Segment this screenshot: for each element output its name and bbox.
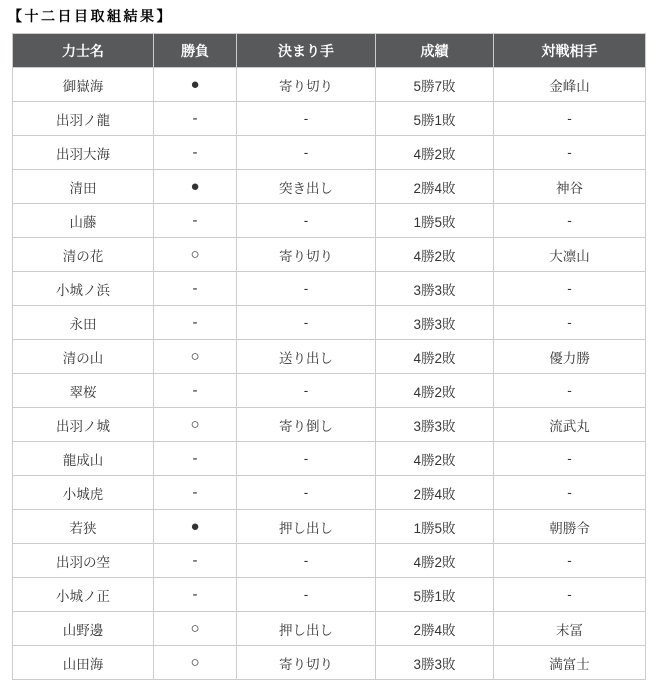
win-loss-cell: ○ — [154, 238, 237, 272]
record-cell: 5勝1敗 — [376, 102, 494, 136]
opponent-cell: 流武丸 — [494, 408, 646, 442]
table-row: 永田--3勝3敗- — [13, 306, 646, 340]
win-loss-cell: ● — [154, 170, 237, 204]
table-row: 小城ノ浜--3勝3敗- — [13, 272, 646, 306]
opponent-cell: 末冨 — [494, 612, 646, 646]
header-cell-opponent: 対戦相手 — [494, 34, 646, 68]
rikishi-name-cell: 御嶽海 — [13, 68, 154, 102]
record-cell: 3勝3敗 — [376, 306, 494, 340]
header-cell-rikishi-name: 力士名 — [13, 34, 154, 68]
record-cell: 4勝2敗 — [376, 374, 494, 408]
rikishi-name-cell: 清の花 — [13, 238, 154, 272]
header-row: 力士名勝負決まり手成績対戦相手 — [13, 34, 646, 68]
table-row: 出羽の空--4勝2敗- — [13, 544, 646, 578]
rikishi-name-cell: 出羽ノ龍 — [13, 102, 154, 136]
win-loss-cell: ○ — [154, 340, 237, 374]
table-row: 若狭●押し出し1勝5敗朝勝令 — [13, 510, 646, 544]
record-cell: 1勝5敗 — [376, 510, 494, 544]
win-loss-cell: - — [154, 442, 237, 476]
rikishi-name-cell: 小城虎 — [13, 476, 154, 510]
results-table: 力士名勝負決まり手成績対戦相手 御嶽海●寄り切り5勝7敗金峰山出羽ノ龍--5勝1… — [12, 33, 646, 680]
kimarite-cell: - — [237, 204, 376, 238]
opponent-cell: - — [494, 374, 646, 408]
kimarite-cell: - — [237, 136, 376, 170]
results-table-body: 御嶽海●寄り切り5勝7敗金峰山出羽ノ龍--5勝1敗-出羽大海--4勝2敗-清田●… — [13, 68, 646, 680]
table-row: 小城ノ正--5勝1敗- — [13, 578, 646, 612]
opponent-cell: - — [494, 102, 646, 136]
rikishi-name-cell: 山田海 — [13, 646, 154, 680]
page-title: 【十二日目取組結果】 — [8, 6, 645, 26]
win-loss-cell: ○ — [154, 612, 237, 646]
page: 【十二日目取組結果】 力士名勝負決まり手成績対戦相手 御嶽海●寄り切り5勝7敗金… — [0, 0, 657, 684]
kimarite-cell: - — [237, 272, 376, 306]
kimarite-cell: - — [237, 544, 376, 578]
rikishi-name-cell: 小城ノ正 — [13, 578, 154, 612]
header-cell-kimarite: 決まり手 — [237, 34, 376, 68]
kimarite-cell: - — [237, 102, 376, 136]
table-row: 山藤--1勝5敗- — [13, 204, 646, 238]
table-row: 清田●突き出し2勝4敗神谷 — [13, 170, 646, 204]
table-row: 出羽ノ城○寄り倒し3勝3敗流武丸 — [13, 408, 646, 442]
rikishi-name-cell: 出羽ノ城 — [13, 408, 154, 442]
opponent-cell: - — [494, 544, 646, 578]
kimarite-cell: - — [237, 306, 376, 340]
header-cell-record: 成績 — [376, 34, 494, 68]
win-loss-cell: ● — [154, 68, 237, 102]
record-cell: 4勝2敗 — [376, 544, 494, 578]
kimarite-cell: - — [237, 374, 376, 408]
kimarite-cell: 寄り切り — [237, 646, 376, 680]
header-cell-win-loss: 勝負 — [154, 34, 237, 68]
record-cell: 4勝2敗 — [376, 340, 494, 374]
kimarite-cell: 寄り切り — [237, 238, 376, 272]
record-cell: 1勝5敗 — [376, 204, 494, 238]
rikishi-name-cell: 出羽の空 — [13, 544, 154, 578]
opponent-cell: - — [494, 272, 646, 306]
opponent-cell: 金峰山 — [494, 68, 646, 102]
rikishi-name-cell: 永田 — [13, 306, 154, 340]
win-loss-cell: - — [154, 476, 237, 510]
rikishi-name-cell: 小城ノ浜 — [13, 272, 154, 306]
table-row: 小城虎--2勝4敗- — [13, 476, 646, 510]
rikishi-name-cell: 龍成山 — [13, 442, 154, 476]
table-row: 龍成山--4勝2敗- — [13, 442, 646, 476]
kimarite-cell: - — [237, 578, 376, 612]
kimarite-cell: 送り出し — [237, 340, 376, 374]
record-cell: 3勝3敗 — [376, 646, 494, 680]
rikishi-name-cell: 清の山 — [13, 340, 154, 374]
table-row: 山田海○寄り切り3勝3敗満富士 — [13, 646, 646, 680]
opponent-cell: - — [494, 204, 646, 238]
kimarite-cell: 寄り倒し — [237, 408, 376, 442]
table-row: 清の山○送り出し4勝2敗優力勝 — [13, 340, 646, 374]
record-cell: 4勝2敗 — [376, 442, 494, 476]
kimarite-cell: - — [237, 476, 376, 510]
record-cell: 5勝7敗 — [376, 68, 494, 102]
opponent-cell: 優力勝 — [494, 340, 646, 374]
rikishi-name-cell: 若狭 — [13, 510, 154, 544]
win-loss-cell: - — [154, 544, 237, 578]
record-cell: 4勝2敗 — [376, 136, 494, 170]
opponent-cell: - — [494, 578, 646, 612]
win-loss-cell: - — [154, 306, 237, 340]
record-cell: 3勝3敗 — [376, 272, 494, 306]
table-row: 出羽大海--4勝2敗- — [13, 136, 646, 170]
win-loss-cell: ○ — [154, 646, 237, 680]
opponent-cell: 朝勝令 — [494, 510, 646, 544]
rikishi-name-cell: 山藤 — [13, 204, 154, 238]
opponent-cell: 大凛山 — [494, 238, 646, 272]
win-loss-cell: - — [154, 272, 237, 306]
opponent-cell: - — [494, 136, 646, 170]
table-row: 清の花○寄り切り4勝2敗大凛山 — [13, 238, 646, 272]
opponent-cell: - — [494, 442, 646, 476]
win-loss-cell: ● — [154, 510, 237, 544]
opponent-cell: - — [494, 306, 646, 340]
kimarite-cell: - — [237, 442, 376, 476]
win-loss-cell: - — [154, 136, 237, 170]
kimarite-cell: 突き出し — [237, 170, 376, 204]
win-loss-cell: - — [154, 578, 237, 612]
table-row: 出羽ノ龍--5勝1敗- — [13, 102, 646, 136]
table-row: 御嶽海●寄り切り5勝7敗金峰山 — [13, 68, 646, 102]
kimarite-cell: 寄り切り — [237, 68, 376, 102]
record-cell: 3勝3敗 — [376, 408, 494, 442]
rikishi-name-cell: 清田 — [13, 170, 154, 204]
kimarite-cell: 押し出し — [237, 510, 376, 544]
rikishi-name-cell: 出羽大海 — [13, 136, 154, 170]
win-loss-cell: - — [154, 374, 237, 408]
record-cell: 5勝1敗 — [376, 578, 494, 612]
record-cell: 4勝2敗 — [376, 238, 494, 272]
win-loss-cell: - — [154, 102, 237, 136]
opponent-cell: - — [494, 476, 646, 510]
table-row: 翠桜--4勝2敗- — [13, 374, 646, 408]
rikishi-name-cell: 翠桜 — [13, 374, 154, 408]
kimarite-cell: 押し出し — [237, 612, 376, 646]
record-cell: 2勝4敗 — [376, 612, 494, 646]
record-cell: 2勝4敗 — [376, 170, 494, 204]
results-table-header: 力士名勝負決まり手成績対戦相手 — [13, 34, 646, 68]
opponent-cell: 満富士 — [494, 646, 646, 680]
win-loss-cell: ○ — [154, 408, 237, 442]
win-loss-cell: - — [154, 204, 237, 238]
rikishi-name-cell: 山野邊 — [13, 612, 154, 646]
table-row: 山野邊○押し出し2勝4敗末冨 — [13, 612, 646, 646]
record-cell: 2勝4敗 — [376, 476, 494, 510]
opponent-cell: 神谷 — [494, 170, 646, 204]
